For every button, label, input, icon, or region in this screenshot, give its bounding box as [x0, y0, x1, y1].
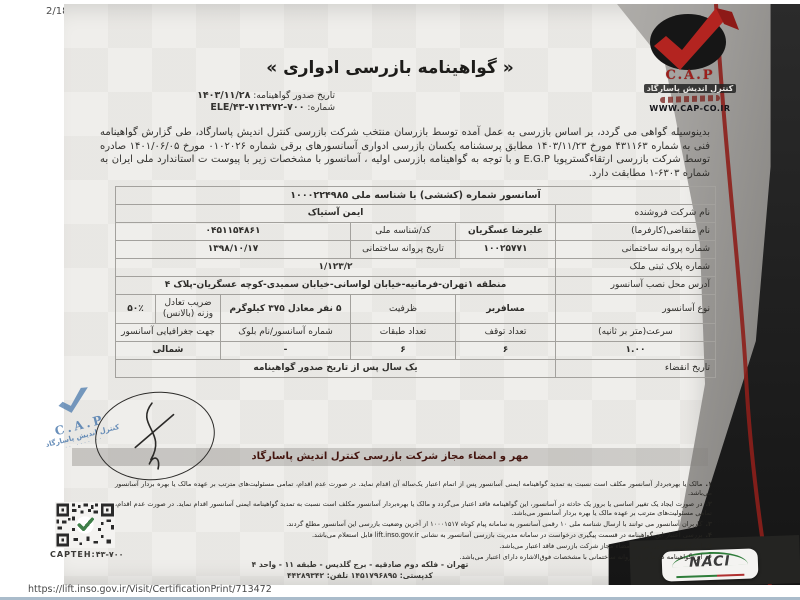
table-row-expiry: تاریخ انقضاء یک سال پس از تاریخ صدور گوا… [116, 360, 716, 378]
cap-logo-website: WWW.CAP-CO.IR [630, 104, 750, 113]
speed-label: سرعت(متر بر ثانیه) [556, 324, 716, 342]
footnote-item-1: ۱.مالک یا بهره‌بردار آسانسور مکلف است نس… [115, 480, 712, 498]
footnote-number: ۳. [705, 520, 712, 528]
plate-label: شماره پلاک ثبتی ملک [556, 259, 716, 277]
signature-scribble [91, 386, 219, 486]
install-address-value: منطقه ۱تهران-فرمانیه-خیابان لواسانی-خیاب… [116, 277, 556, 295]
permit-no-value: ۱۰۰۲۵۷۷۱ [456, 241, 556, 259]
table-row-permit: شماره پروانه ساختمانی ۱۰۰۲۵۷۷۱ تاریخ پرو… [116, 241, 716, 259]
office-postal-phone-line: کدپستی: ۱۴۵۱۷۹۶۸۹۵ تلفن: ۴۴۲۸۹۳۴۲ [170, 571, 550, 582]
stops-label: تعداد توقف [456, 324, 556, 342]
footnote-item-2: ۲.در صورت ایجاد یک تغییر اساسی یا بروز ی… [115, 500, 712, 518]
speed-value: ۱.۰۰ [556, 342, 716, 360]
type-label: نوع آسانسور [556, 295, 716, 324]
qr-code [54, 502, 116, 548]
footnote-number: ۲. [705, 500, 712, 508]
qr-caption: CAPTEH:۴۳-۷۰۰ [50, 550, 140, 559]
table-row-type-capacity: نوع آسانسور مسافربر ظرفیت ۵ نفر معادل ۳۷… [116, 295, 716, 324]
certificate-title: « گواهینامه بازرسی ادواری » [240, 58, 540, 78]
footnote-number: ۱. [705, 480, 712, 488]
table-row-spec-headers: سرعت(متر بر ثانیه) تعداد توقف تعداد طبقا… [116, 324, 716, 342]
floors-label: تعداد طبقات [351, 324, 456, 342]
footnote-text: کاربران آسانسور می توانند با ارسال شناسه… [286, 520, 702, 528]
issue-date-line: تاریخ صدور گواهینامه: ۱۴۰۳/۱۱/۲۸ [125, 90, 335, 101]
footnote-text: بررسی اعتبار این گواهینامه در قسمت پیگیر… [312, 531, 703, 539]
certificate-number-line: شماره: ELE/۴۳-۷۱۳۴۷۲-۷۰۰ [125, 102, 335, 113]
install-address-label: آدرس محل نصب آسانسور [556, 277, 716, 295]
handwritten-signature [90, 385, 220, 487]
permit-no-label: شماره پروانه ساختمانی [556, 241, 716, 259]
direction-label: جهت جغرافیایی آسانسور [116, 324, 221, 342]
stamp-checkmark-icon [51, 385, 96, 420]
applicant-label: نام متقاضی(کارفرما) [556, 223, 716, 241]
block-value: - [221, 342, 351, 360]
footnote-number: ۵. [705, 542, 712, 550]
permit-date-value: ۱۳۹۸/۱۰/۱۷ [116, 241, 351, 259]
footnote-item-4: ۴.بررسی اعتبار این گواهینامه در قسمت پیگ… [115, 531, 712, 540]
block-label: شماره آسانسور/نام بلوک [221, 324, 351, 342]
capacity-label: ظرفیت [351, 295, 456, 324]
table-header-cell: آسانسور شماره (کششی) با شناسه ملی ۱۰۰۰۲۲… [116, 187, 716, 205]
type-value: مسافربر [456, 295, 556, 324]
direction-value: شمالی [116, 342, 221, 360]
seller-label: نام شرکت فروشنده [556, 205, 716, 223]
table-row-header: آسانسور شماره (کششی) با شناسه ملی ۱۰۰۰۲۲… [116, 187, 716, 205]
stops-value: ۶ [456, 342, 556, 360]
issue-date-value: ۱۴۰۳/۱۱/۲۸ [197, 90, 250, 101]
table-row-spec-values: ۱.۰۰ ۶ ۶ - شمالی [116, 342, 716, 360]
expiry-value: یک سال پس از تاریخ صدور گواهینامه [116, 360, 556, 378]
certificate-number-value: ELE/۴۳-۷۱۳۴۷۲-۷۰۰ [210, 102, 304, 113]
footnote-number: ۶. [705, 553, 712, 561]
office-address-line: تهران - فلکه دوم صادقیه - برج گلدیس - طب… [170, 560, 550, 571]
applicant-value: علیرضا عسگریان [456, 223, 556, 241]
national-id-value: ۰۴۵۱۱۵۴۸۶۱ [116, 223, 351, 241]
table-row-address: آدرس محل نصب آسانسور منطقه ۱تهران-فرمانی… [116, 277, 716, 295]
seller-value: ایمن آستیاک [116, 205, 556, 223]
certification-print-page: { "browser": { "datetime": "2/18/25, 11:… [0, 0, 800, 600]
table-row-plate: شماره پلاک ثبتی ملک ۱/۱۲۳/۲ [116, 259, 716, 277]
balance-value: ۵۰٪ [116, 295, 156, 324]
certificate-body-paragraph: بدینوسیله گواهی می گردد، بر اساس بازرسی … [100, 126, 710, 180]
plate-value: ۱/۱۲۳/۲ [116, 259, 556, 277]
expiry-label: تاریخ انقضاء [556, 360, 716, 378]
footnote-item-5: ۵.این گواهینامه بدون مهر و امضاء مجاز شر… [115, 542, 712, 551]
footnote-item-3: ۳.کاربران آسانسور می توانند با ارسال شنا… [115, 520, 712, 529]
capacity-value: ۵ نفر معادل ۳۷۵ کیلوگرم [221, 295, 351, 324]
footnote-text: مالک یا بهره‌بردار آسانسور مکلف است نسبت… [115, 480, 712, 497]
table-row-seller: نام شرکت فروشنده ایمن آستیاک [116, 205, 716, 223]
permit-date-label: تاریخ پروانه ساختمانی [351, 241, 456, 259]
national-id-label: کد/شناسه ملی [351, 223, 456, 241]
qr-code-graphic [54, 502, 116, 548]
certificate-number-label: شماره: [307, 103, 335, 113]
footnote-text: در صورت ایجاد یک تغییر اساسی یا بروز یک … [115, 500, 712, 517]
footnotes-list: ۱.مالک یا بهره‌بردار آسانسور مکلف است نس… [115, 480, 712, 564]
cap-logo-tagline-decoration [660, 95, 720, 103]
cap-company-text: کنترل اندیش پاسارگاد [644, 84, 737, 93]
print-footer-url: https://lift.inso.gov.ir/Visit/Certifica… [28, 584, 272, 595]
footnote-number: ۴. [705, 531, 712, 539]
floors-value: ۶ [351, 342, 456, 360]
footnote-text: این گواهینامه بدون مهر و امضاء مجاز شرکت… [499, 542, 702, 550]
issue-date-label: تاریخ صدور گواهینامه: [253, 91, 335, 101]
table-row-applicant: نام متقاضی(کارفرما) علیرضا عسگریان کد/شن… [116, 223, 716, 241]
elevator-spec-table: آسانسور شماره (کششی) با شناسه ملی ۱۰۰۰۲۲… [115, 186, 716, 378]
balance-label: ضریب تعادل وزنه (بالانس) [156, 295, 221, 324]
cap-logo-acronym: C.A.P [642, 68, 738, 83]
cap-logo-company-name: کنترل اندیش پاسارگاد [630, 84, 750, 93]
